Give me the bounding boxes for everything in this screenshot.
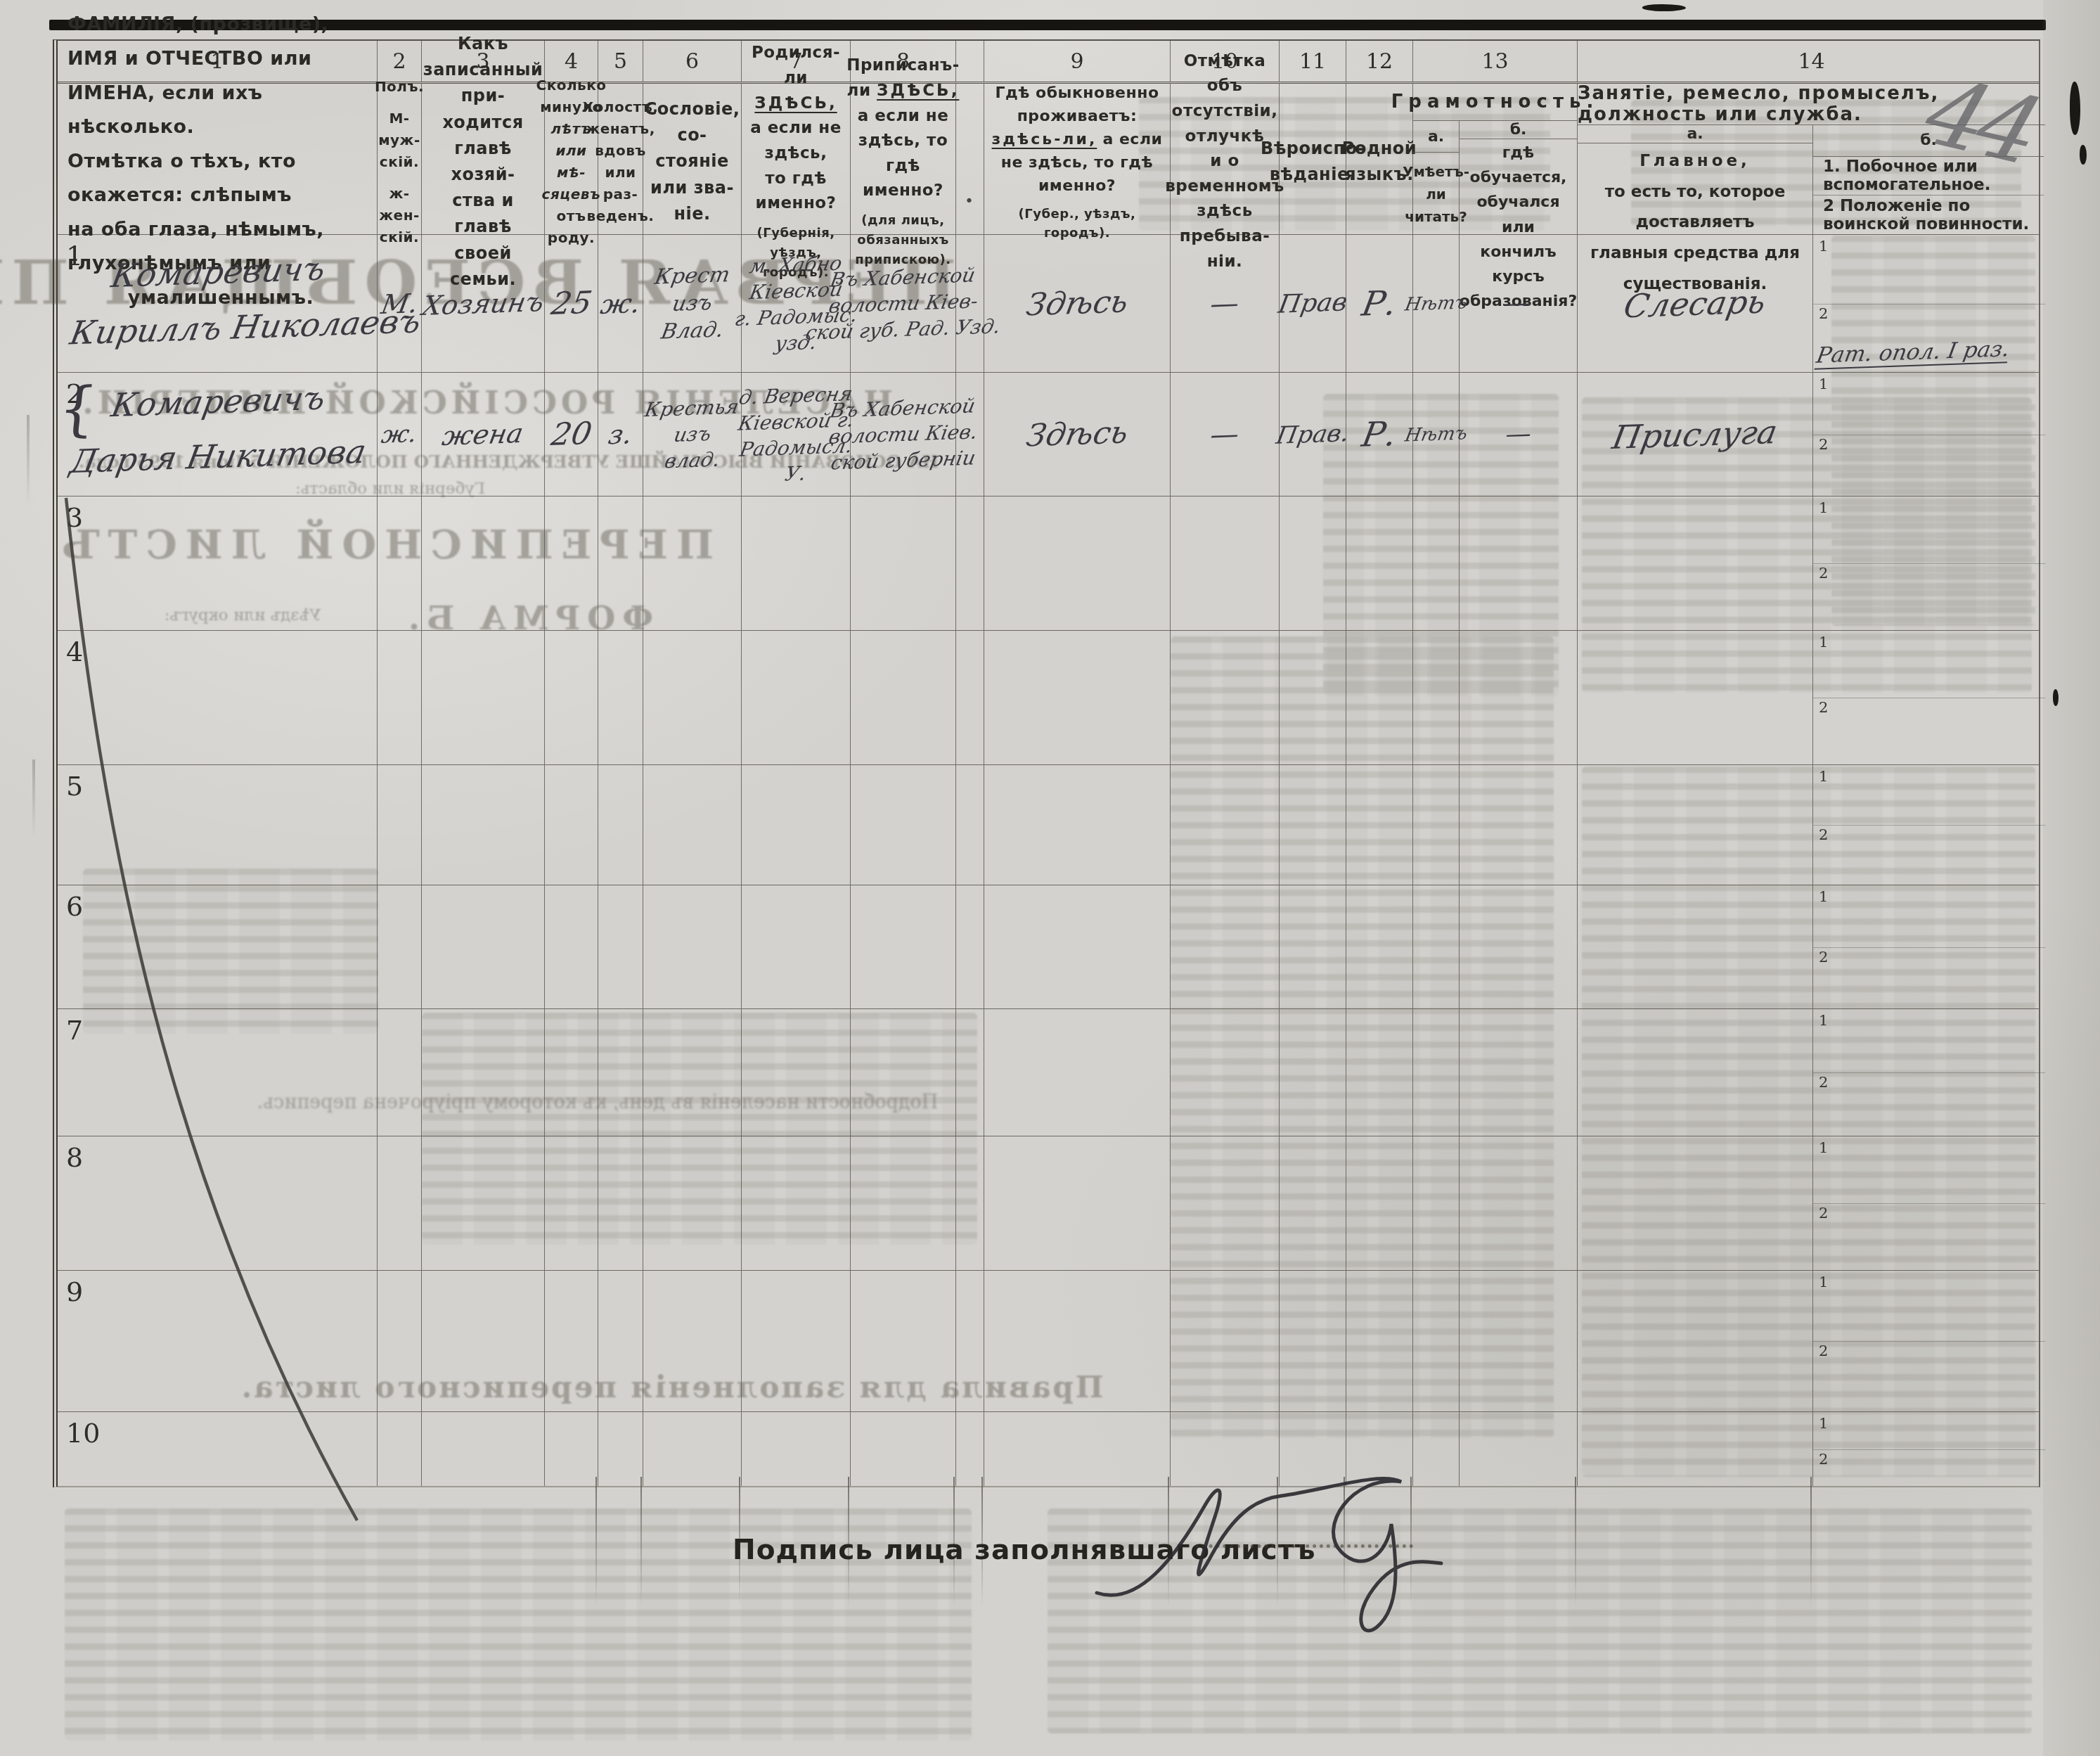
header-text: или мѣ- <box>548 140 595 184</box>
cell <box>1460 1009 1578 1136</box>
cell <box>378 1009 422 1136</box>
cell <box>1346 1009 1413 1136</box>
cell <box>1413 1009 1460 1136</box>
cell <box>851 765 956 885</box>
cell <box>984 631 1171 764</box>
entry-language: Р. <box>1359 283 1400 324</box>
cell <box>1460 1136 1578 1270</box>
cell-occupation-main: Прислуга <box>1578 373 1813 496</box>
printed-mark: 2 <box>1819 699 1828 716</box>
column-number: 9 <box>984 41 1171 82</box>
entry-estate: Влад. <box>659 317 725 344</box>
header-text: вѣданіе. <box>1270 162 1356 188</box>
entry-religion: Прав. <box>1274 419 1351 450</box>
table-line-stub <box>1344 1477 1345 1607</box>
header-text: Сколько <box>536 75 606 96</box>
cell-absence: — <box>1171 373 1280 496</box>
cell <box>422 1136 545 1270</box>
header-cell-literacy: Грамотность. а. Умѣетъ- ли читать? б. гд… <box>1413 84 1578 234</box>
cell <box>545 631 598 764</box>
table-row: 1 Комаревичъ Кириллъ Николаевъ М. Хозяин… <box>58 235 2039 373</box>
gutter-cell <box>956 1136 984 1270</box>
cell <box>598 765 643 885</box>
cell <box>545 1412 598 1486</box>
printed-mark: 2 <box>1819 1451 1828 1468</box>
cell <box>378 885 422 1008</box>
entry-age: 20 <box>548 416 594 453</box>
cell-registration: Въ Хабенской волости Кіев. ской губерніи <box>851 373 956 496</box>
cell <box>598 885 643 1008</box>
entry-estate: влад. <box>663 448 722 473</box>
gutter-cell: • <box>956 84 984 234</box>
cell <box>851 1271 956 1411</box>
header-text: скій. <box>380 151 419 173</box>
occupation-sub-a: а. Главное, то есть то, которое доставля… <box>1578 125 1813 235</box>
gutter-cell <box>956 765 984 885</box>
cell <box>422 1271 545 1411</box>
cell <box>1346 631 1413 764</box>
cell <box>643 496 742 630</box>
cell-marital: ж. <box>598 235 643 372</box>
header-text: Родился-ли <box>752 44 840 87</box>
table-row: 3 12 <box>58 496 2039 631</box>
cell <box>378 765 422 885</box>
cell <box>598 496 643 630</box>
cell <box>1280 631 1346 764</box>
cell <box>1346 1136 1413 1270</box>
header-text: ж-жен- <box>379 183 420 226</box>
cell <box>1171 1009 1280 1136</box>
gutter-cell <box>956 41 984 82</box>
cell <box>1578 1136 1813 1270</box>
cell-occupation-main: Слесарь <box>1578 235 1813 372</box>
cell <box>1171 885 1280 1008</box>
entry-sex: ж. <box>380 420 420 449</box>
cell-religion: Прав. <box>1280 373 1346 496</box>
header-cell-name: ФАМИЛІЯ, (прозвище), ИМЯ и ОТЧЕСТВО или … <box>58 84 378 234</box>
cell <box>742 631 851 764</box>
header-text: ніе. <box>674 201 710 227</box>
table-line-stub <box>1810 1477 1812 1607</box>
header-text: обучался или <box>1461 190 1576 239</box>
entry-estate: Крестья <box>643 395 741 422</box>
cell <box>851 1412 956 1486</box>
header-cell-birthplace: Родился-ли ЗДѢСЬ, а если не здѣсь, то гд… <box>742 84 851 234</box>
printed-mark: 2 <box>1819 1342 1828 1359</box>
cell <box>1578 765 1813 885</box>
cell <box>378 1271 422 1411</box>
header-row: ФАМИЛІЯ, (прозвище), ИМЯ и ОТЧЕСТВО или … <box>58 84 2039 235</box>
entry-religion: Прав <box>1276 288 1350 319</box>
cell <box>643 1136 742 1270</box>
gutter-cell <box>956 1009 984 1136</box>
cell <box>1413 631 1460 764</box>
cell <box>598 1412 643 1486</box>
cell <box>1460 496 1578 630</box>
header-cell-estate: Сословіе, со- стояніе или зва- ніе. <box>643 84 742 234</box>
cell <box>742 1136 851 1270</box>
cell <box>984 885 1171 1008</box>
cell <box>1280 1136 1346 1270</box>
cell <box>643 885 742 1008</box>
cell <box>1578 1271 1813 1411</box>
table-row: 9 12 <box>58 1271 2039 1412</box>
header-text: Родной <box>1342 136 1417 162</box>
column-number: 12 <box>1346 41 1413 82</box>
column-number: 6 <box>643 41 742 82</box>
header-text: именно? <box>1038 174 1116 198</box>
ink-speck <box>2080 145 2087 165</box>
header-text: а если <box>1102 131 1162 148</box>
cell <box>1280 1412 1346 1486</box>
table-row: 6 12 <box>58 885 2039 1009</box>
cell <box>1413 1412 1460 1486</box>
header-text: Гдѣ обыкновенно <box>995 82 1159 105</box>
gutter-cell <box>956 373 984 496</box>
printed-mark: 1 <box>1819 1415 1828 1432</box>
entry-education: — <box>1503 419 1534 449</box>
cell <box>1578 1009 1813 1136</box>
entry-military: Рат. опол. I раз. <box>1815 336 2012 368</box>
header-cell-marital: Холостъ, женатъ, вдовъ или раз- веденъ. <box>598 84 643 234</box>
cell <box>1280 496 1346 630</box>
cell <box>643 765 742 885</box>
cell-estate: Крестья изъ влад. <box>643 373 742 496</box>
printed-mark: 1 <box>1819 1139 1828 1156</box>
cell <box>545 496 598 630</box>
cell <box>851 885 956 1008</box>
cell <box>378 496 422 630</box>
header-cell-residence: Гдѣ обыкновенно проживаетъ: здѣсь-ли, а … <box>984 84 1171 234</box>
row-number: 7 <box>66 1015 83 1046</box>
row-number: 5 <box>66 771 83 802</box>
cell <box>1460 1271 1578 1411</box>
cell <box>545 885 598 1008</box>
header-text: читать? <box>1405 205 1467 228</box>
cell <box>545 1009 598 1136</box>
header-text: ходится главѣ хозяй- <box>425 110 541 188</box>
cell <box>422 885 545 1008</box>
printed-mark: 1 <box>1819 499 1828 516</box>
header-text: стояніе или зва- <box>646 148 738 200</box>
entry-occupation: Прислуга <box>1610 412 1781 456</box>
cell <box>1346 765 1413 885</box>
entry-estate: изъ <box>670 290 714 316</box>
header-text: Сословіе, со- <box>645 96 740 148</box>
cell <box>1280 1271 1346 1411</box>
header-text: или раз- <box>601 162 640 205</box>
cell <box>422 765 545 885</box>
entry-surname: Комаревичъ <box>108 379 328 424</box>
entry-relation: Хозяинъ <box>420 286 546 321</box>
cell <box>984 1009 1171 1136</box>
cell <box>643 631 742 764</box>
right-margin <box>2043 0 2100 1756</box>
cell <box>742 765 851 885</box>
entry-registration: ской губерніи <box>829 446 977 474</box>
printed-mark: 1 <box>1819 376 1828 392</box>
header-cell-religion: Вѣроиспо- вѣданіе. <box>1280 84 1346 234</box>
entry-marital: ж. <box>598 288 643 320</box>
cell <box>1280 1009 1346 1136</box>
entry-sex: М. <box>378 288 420 320</box>
printed-mark: 2 <box>1819 826 1828 843</box>
header-text: а если не здѣсь, <box>745 116 847 166</box>
literacy-title: Грамотность. <box>1413 84 1577 121</box>
cell-age: 20 <box>545 373 598 496</box>
cell-relation: жена <box>422 373 545 496</box>
gutter-cell <box>956 1412 984 1486</box>
literacy-sub-b: б. гдѣ обучается, обучался или кончилъ к… <box>1460 121 1577 235</box>
cell <box>742 1412 851 1486</box>
cell <box>1578 631 1813 764</box>
cell-education: — <box>1460 235 1578 372</box>
cell: 12 <box>1813 1009 2045 1136</box>
cell <box>643 1412 742 1486</box>
printed-mark: 2 <box>1819 305 1828 322</box>
table-row: 8 12 <box>58 1136 2039 1271</box>
cell: 12 <box>1813 1412 2045 1486</box>
census-table: 1 2 3 4 5 6 7 8 9 10 11 12 13 14 ФАМИЛІЯ… <box>53 39 2040 1487</box>
entry-marital: з. <box>606 418 635 450</box>
cell <box>742 885 851 1008</box>
cell <box>422 1412 545 1486</box>
cell-residence: Здѣсь <box>984 373 1171 496</box>
row-number: 9 <box>66 1276 83 1307</box>
cell <box>984 1136 1171 1270</box>
cell <box>598 631 643 764</box>
entry-estate: изъ <box>671 422 712 447</box>
cell <box>1460 1412 1578 1486</box>
entry-surname: Комаревичъ <box>108 250 328 295</box>
cell-literacy: Нѣтъ <box>1413 235 1460 372</box>
header-text: сяцевъ <box>542 184 601 205</box>
cell <box>545 1271 598 1411</box>
entry-given-name: Кириллъ Николаевъ <box>67 302 424 352</box>
entry-birthplace: м. Хабно <box>748 251 844 278</box>
printed-mark: 2 <box>1819 1074 1828 1091</box>
header-cell-relation: Какъ записанный при- ходится главѣ хозяй… <box>422 84 545 234</box>
cell: 12 <box>1813 1271 2045 1411</box>
cell <box>742 1271 851 1411</box>
entry-birthplace: У. <box>783 461 808 485</box>
header-text: 2 Положеніе по воинской повинности. <box>1813 196 2044 235</box>
entry-absence: — <box>1208 418 1242 451</box>
cell <box>545 765 598 885</box>
header-text: Отмѣтка о тѣхъ, кто окажется: слѣпымъ <box>67 145 374 213</box>
row-number: 10 <box>66 1418 100 1449</box>
cell-name: 4 <box>58 631 378 764</box>
cell <box>1346 885 1413 1008</box>
cell <box>378 1412 422 1486</box>
table-line-stub <box>1575 1477 1576 1607</box>
printed-mark: 2 <box>1819 1205 1828 1222</box>
cell-name: 10 <box>58 1412 378 1486</box>
entry-registration: Въ Хабенской <box>829 263 977 291</box>
entry-relation: жена <box>440 418 526 451</box>
entry-given-name: Дарья Никитова <box>67 432 369 481</box>
cell <box>1413 885 1460 1008</box>
header-text: Полъ. <box>375 76 424 98</box>
gutter-cell <box>956 1271 984 1411</box>
cell-age: 25 <box>545 235 598 372</box>
cell <box>1460 885 1578 1008</box>
header-text: а если не здѣсь, то гдѣ <box>853 104 953 179</box>
row-number: 4 <box>66 636 83 667</box>
cell <box>1171 765 1280 885</box>
header-text: ИМЕНА, если ихъ нѣсколько. <box>67 77 374 145</box>
printed-mark: 1 <box>1819 768 1828 785</box>
cell <box>598 1009 643 1136</box>
cell <box>598 1136 643 1270</box>
cell-occupation-secondary: 1 2 <box>1813 373 2045 496</box>
header-text: ли <box>1426 183 1446 205</box>
ink-speck <box>2070 82 2080 135</box>
row-number: 3 <box>66 502 83 533</box>
entry-absence: — <box>1208 287 1242 320</box>
table-row: 7 12 <box>58 1009 2039 1136</box>
cell-marital: з. <box>598 373 643 496</box>
entry-language: Р. <box>1359 414 1400 455</box>
brace-flourish: { <box>56 374 101 443</box>
sub-label: б. <box>1460 121 1577 139</box>
sub-label: а. <box>1578 125 1812 143</box>
cell <box>1460 631 1578 764</box>
cell <box>1578 1412 1813 1486</box>
cell-religion: Прав <box>1280 235 1346 372</box>
cell-estate: Крест изъ Влад. <box>643 235 742 372</box>
table-line-stub <box>640 1477 642 1607</box>
cell <box>851 496 956 630</box>
cell <box>851 631 956 764</box>
cell <box>1171 1136 1280 1270</box>
header-text: то гдѣ именно? <box>745 167 847 217</box>
table-line-stub <box>595 1477 597 1607</box>
table-row: 10 12 <box>58 1412 2039 1487</box>
cell <box>1413 496 1460 630</box>
row-number: 1 <box>66 241 83 271</box>
row-number: 8 <box>66 1142 83 1173</box>
cell: 12 <box>1813 1136 2045 1270</box>
cell <box>1280 765 1346 885</box>
paper-streak <box>32 760 35 837</box>
header-text: ЗДѢСЬ, <box>754 94 837 113</box>
cell-language: Р. <box>1346 235 1413 372</box>
cell <box>1346 496 1413 630</box>
printed-mark: 1 <box>1819 1012 1828 1029</box>
table-row: 2 { Комаревичъ Дарья Никитова ж. жена 20… <box>58 373 2039 496</box>
table-row: 4 12 <box>58 631 2039 765</box>
cell-name: 2 { Комаревичъ Дарья Никитова <box>58 373 378 496</box>
header-text: здѣсь-ли, <box>992 131 1097 148</box>
cell-name: 9 <box>58 1271 378 1411</box>
header-text: гдѣ обучается, <box>1461 141 1576 190</box>
cell-name: 3 <box>58 496 378 630</box>
cell <box>643 1009 742 1136</box>
gutter-cell <box>956 496 984 630</box>
cell-sex: М. <box>378 235 422 372</box>
cell-literacy: Нѣтъ <box>1413 373 1460 496</box>
row-number: 6 <box>66 891 83 922</box>
cell: 12 <box>1813 496 2045 630</box>
cell <box>742 496 851 630</box>
cell <box>422 1009 545 1136</box>
cell <box>545 1136 598 1270</box>
cell: 12 <box>1813 885 2045 1008</box>
cell <box>1413 1136 1460 1270</box>
cell <box>422 631 545 764</box>
cell: 12 <box>1813 765 2045 885</box>
cell <box>1346 1412 1413 1486</box>
table-line-stub <box>1410 1477 1412 1607</box>
cell <box>984 1412 1171 1486</box>
cell <box>1171 631 1280 764</box>
cell <box>1171 496 1280 630</box>
gutter-mark: • <box>965 193 974 210</box>
cell <box>1171 1271 1280 1411</box>
header-text: то есть то, которое доставляетъ <box>1580 177 1810 238</box>
header-text: не здѣсь, то гдѣ <box>1001 151 1153 174</box>
paper-streak <box>27 415 30 506</box>
cell <box>1280 885 1346 1008</box>
header-text: Отмѣтка объ <box>1173 49 1276 99</box>
cell-name: 6 <box>58 885 378 1008</box>
cell-name: 8 <box>58 1136 378 1270</box>
cell-name: 1 Комаревичъ Кириллъ Николаевъ <box>58 235 378 372</box>
cell <box>984 496 1171 630</box>
header-text: ЗДѢСЬ, <box>877 82 959 100</box>
entry-occupation: Слесарь <box>1621 282 1769 325</box>
printed-mark: 2 <box>1819 949 1828 966</box>
cell-residence: Здѣсь <box>984 235 1171 372</box>
entry-estate: Крест <box>652 262 731 290</box>
cell-relation: Хозяинъ <box>422 235 545 372</box>
cell <box>422 496 545 630</box>
gutter-cell <box>956 631 984 764</box>
cell-language: Р. <box>1346 373 1413 496</box>
cell <box>598 1271 643 1411</box>
cell-name: 5 <box>58 765 378 885</box>
cell <box>1413 1271 1460 1411</box>
ink-speck <box>1642 4 1686 11</box>
column-number: 11 <box>1280 41 1346 82</box>
signature-label: Подпись лица заполнявшаго листъ <box>733 1534 1316 1566</box>
column-number: 13 <box>1413 41 1578 82</box>
cell-registration: Въ Хабенской волости Кіев- ской губ. Рад… <box>851 235 956 372</box>
cell <box>1460 765 1578 885</box>
printed-mark: 1 <box>1819 634 1828 651</box>
cell <box>1578 496 1813 630</box>
literacy-sub-a: а. Умѣетъ- ли читать? <box>1413 121 1460 235</box>
header-text: проживаетъ: <box>1017 105 1138 128</box>
ink-speck <box>2053 689 2059 706</box>
cell-sex: ж. <box>378 373 422 496</box>
cell-name: 7 <box>58 1009 378 1136</box>
cell <box>1171 1412 1280 1486</box>
cell <box>984 765 1171 885</box>
header-cell-registration: Приписанъ-ли ЗДѢСЬ, а если не здѣсь, то … <box>851 84 956 234</box>
entry-residence: Здѣсь <box>1024 284 1131 323</box>
cell <box>1578 885 1813 1008</box>
printed-mark: 2 <box>1819 565 1828 582</box>
cell <box>378 631 422 764</box>
cell-education: — <box>1460 373 1578 496</box>
cell <box>742 1009 851 1136</box>
entry-residence: Здѣсь <box>1024 415 1131 454</box>
cell <box>984 1271 1171 1411</box>
header-text: именно? <box>863 179 943 204</box>
printed-mark: 1 <box>1819 888 1828 905</box>
